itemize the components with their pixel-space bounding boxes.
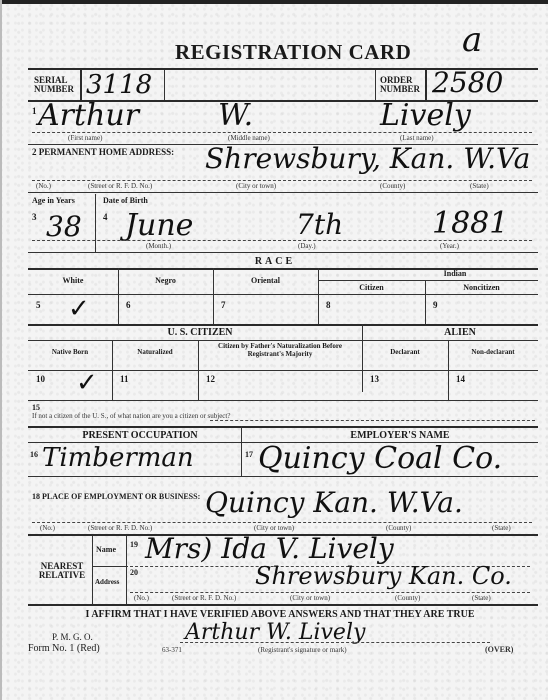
field-number: 13 xyxy=(370,374,379,384)
birth-day: 7th xyxy=(296,208,343,241)
order-label: ORDERNUMBER xyxy=(380,76,420,94)
field-number: 6 xyxy=(126,300,131,310)
field-number: 16 xyxy=(30,450,38,459)
field-number: 3 xyxy=(32,212,37,222)
form-line-2: Form No. 1 (Red) xyxy=(28,644,100,653)
divider xyxy=(241,426,242,476)
race-column-label: Citizen xyxy=(318,283,425,292)
rule xyxy=(28,340,538,341)
divider xyxy=(80,70,82,100)
rule xyxy=(28,324,538,326)
last-name-caption: (Last name) xyxy=(400,134,434,142)
rule xyxy=(28,370,538,371)
dotted-rule xyxy=(210,420,535,421)
caption: (No.) xyxy=(40,524,55,532)
signature-caption: (Registrant's signature or mark) xyxy=(258,646,347,654)
caption: (No.) xyxy=(134,594,149,602)
field-number: 9 xyxy=(433,300,438,310)
us-citizen-heading: U. S. CITIZEN xyxy=(120,327,280,338)
age-label: Age in Years xyxy=(32,196,75,205)
check-mark: ✓ xyxy=(76,368,98,398)
dotted-rule xyxy=(32,240,532,241)
field-number: 8 xyxy=(326,300,331,310)
caption: (Year.) xyxy=(440,242,459,250)
alien-heading: ALIEN xyxy=(390,327,530,338)
race-column-label: Negro xyxy=(118,276,213,285)
relative-address-label: Address xyxy=(95,578,119,587)
field-number: 17 xyxy=(245,450,253,459)
field-number: 20 xyxy=(130,568,138,577)
check-mark: ✓ xyxy=(68,294,90,324)
rule xyxy=(28,426,538,428)
registration-card: REGISTRATION CARD a SERIALNUMBER 3118 OR… xyxy=(0,0,548,700)
birth-month: June xyxy=(125,208,193,243)
last-name: Lively xyxy=(380,98,471,133)
dotted-rule xyxy=(130,592,530,593)
caption: (County) xyxy=(380,182,405,190)
dotted-rule xyxy=(32,132,532,133)
rule xyxy=(28,400,538,401)
divider xyxy=(126,536,127,604)
occupation-value: Timberman xyxy=(42,443,194,473)
field-number: 7 xyxy=(221,300,226,310)
place-of-employment-value: Quincy Kan. W.Va. xyxy=(205,486,463,519)
rule xyxy=(28,604,538,606)
serial-number: 3118 xyxy=(86,70,152,100)
occupation-heading: PRESENT OCCUPATION xyxy=(40,430,240,441)
citizenship-column-label: Native Born xyxy=(30,348,110,356)
field-number: 11 xyxy=(120,374,129,384)
print-code: 63-371 xyxy=(162,646,182,654)
citizenship-column-label: Non-declarant xyxy=(450,348,536,356)
caption: (State) xyxy=(472,594,491,602)
dotted-rule xyxy=(180,642,490,643)
middle-name: W. xyxy=(218,98,253,133)
relative-address-value: Shrewsbury Kan. Co. xyxy=(255,562,512,590)
caption: (Day.) xyxy=(298,242,316,250)
field15-question: If not a citizen of the U. S., of what n… xyxy=(32,412,230,420)
age-value: 38 xyxy=(46,210,82,243)
birth-year: 1881 xyxy=(432,206,508,241)
divider xyxy=(95,194,96,252)
card-title: REGISTRATION CARD xyxy=(175,40,411,65)
home-address-label: 2 PERMANENT HOME ADDRESS: xyxy=(32,148,174,157)
divider xyxy=(425,70,427,100)
divider xyxy=(375,70,376,100)
race-column-label: White xyxy=(28,276,118,285)
dob-label: Date of Birth xyxy=(103,196,148,205)
divider xyxy=(92,536,93,604)
indian-heading: Indian xyxy=(410,269,500,278)
affirmation-text: I AFFIRM THAT I HAVE VERIFIED ABOVE ANSW… xyxy=(30,609,530,620)
middle-name-caption: (Middle name) xyxy=(228,134,270,142)
citizenship-column-label: Citizen by Father's Naturalization Befor… xyxy=(200,342,360,358)
rule xyxy=(28,476,538,477)
race-column-label: Oriental xyxy=(213,276,318,285)
rule xyxy=(28,252,538,253)
scan-top-edge xyxy=(0,0,548,4)
rule xyxy=(318,280,538,281)
field-number: 4 xyxy=(103,212,108,222)
field-number: 14 xyxy=(456,374,465,384)
field-number: 5 xyxy=(36,300,41,310)
over-label: (OVER) xyxy=(485,645,513,654)
order-number: 2580 xyxy=(432,66,503,99)
employer-heading: EMPLOYER'S NAME xyxy=(290,430,510,441)
caption: (County) xyxy=(386,524,411,532)
relative-name-label: Name xyxy=(96,545,116,554)
divider xyxy=(164,70,165,100)
dotted-rule xyxy=(32,180,532,181)
caption: (Month.) xyxy=(146,242,171,250)
nearest-relative-label: NEARESTRELATIVE xyxy=(34,562,90,580)
home-address-value: Shrewsbury, Kan. W.Va xyxy=(205,142,530,175)
form-line-1: P. M. G. O. xyxy=(52,633,93,642)
field-number: 19 xyxy=(130,540,138,549)
caption: (City or town) xyxy=(236,182,276,190)
rule xyxy=(92,566,128,567)
scan-left-edge xyxy=(0,0,2,700)
caption: (Street or R. F. D. No.) xyxy=(88,182,152,190)
caption: (State) xyxy=(492,524,511,532)
corner-mark: a xyxy=(462,20,482,60)
caption: (Street or R. F. D. No.) xyxy=(172,594,236,602)
caption: (City or town) xyxy=(254,524,294,532)
caption: (City or town) xyxy=(290,594,330,602)
place-of-employment-label: 18 PLACE OF EMPLOYMENT OR BUSINESS: xyxy=(32,492,200,501)
caption: (State) xyxy=(470,182,489,190)
caption: (Street or R. F. D. No.) xyxy=(88,524,152,532)
field-number: 12 xyxy=(206,374,215,384)
field-number: 15 xyxy=(32,403,40,412)
citizenship-column-label: Naturalized xyxy=(114,348,196,356)
citizenship-column-label: Declarant xyxy=(364,348,446,356)
race-heading: RACE xyxy=(240,256,310,267)
field-number: 10 xyxy=(36,374,45,384)
rule xyxy=(28,192,538,193)
serial-label: SERIALNUMBER xyxy=(34,76,74,94)
divider xyxy=(362,324,363,392)
rule xyxy=(28,294,538,295)
relative-name-value: Mrs) Ida V. Lively xyxy=(145,532,394,565)
caption: (No.) xyxy=(36,182,51,190)
employer-value: Quincy Coal Co. xyxy=(258,441,502,476)
field-number: 1 xyxy=(32,106,37,116)
first-name-caption: (First name) xyxy=(68,134,102,142)
caption: (County) xyxy=(395,594,420,602)
race-column-label: Noncitizen xyxy=(425,283,538,292)
first-name: Arthur xyxy=(38,98,139,133)
dotted-rule xyxy=(32,522,532,523)
divider xyxy=(318,268,319,324)
